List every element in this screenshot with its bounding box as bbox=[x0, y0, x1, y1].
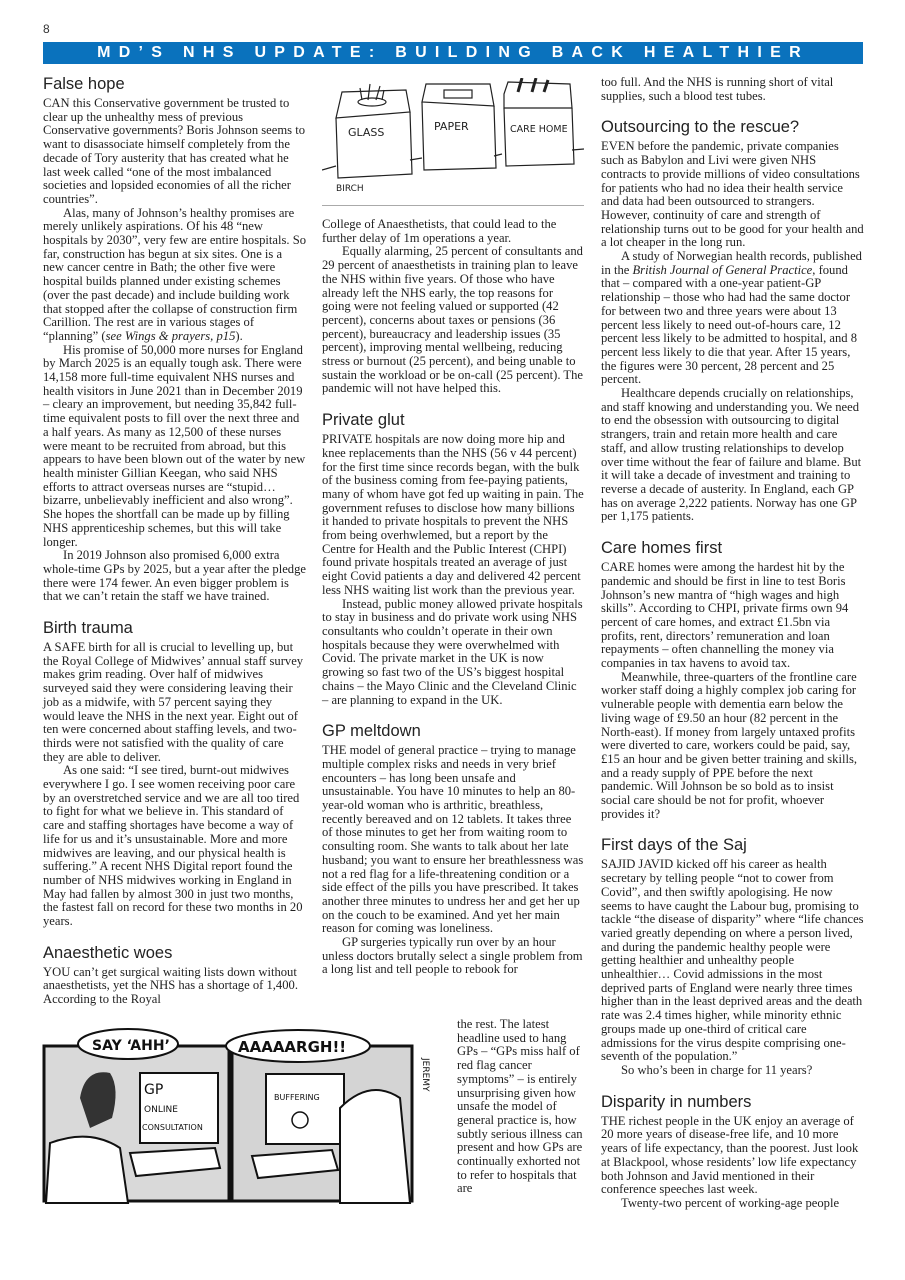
paragraph: Equally alarming, 25 percent of consulta… bbox=[322, 245, 584, 396]
column-middle: College of Anaesthetists, that could lea… bbox=[322, 218, 584, 977]
article-private-glut: Private glut PRIVATE hospitals are now d… bbox=[322, 410, 584, 707]
paragraph: Instead, public money allowed private ho… bbox=[322, 598, 584, 708]
screen-text-online: ONLINE bbox=[144, 1105, 178, 1115]
paragraph: CARE homes were among the hardest hit by… bbox=[601, 561, 864, 671]
article-false-hope: False hope CAN this Conservative governm… bbox=[43, 74, 306, 604]
paragraph: too full. And the NHS is running short o… bbox=[601, 76, 864, 103]
screen-text-consultation: CONSULTATION bbox=[142, 1123, 203, 1132]
paragraph: YOU can’t get surgical waiting lists dow… bbox=[43, 966, 306, 1007]
page-number: 8 bbox=[43, 22, 50, 36]
article-gp-meltdown: GP meltdown THE model of general practic… bbox=[322, 721, 584, 977]
column-middle-wrap: the rest. The latest headline used to ha… bbox=[457, 1018, 585, 1196]
article-heading: Private glut bbox=[322, 410, 584, 430]
bin-label-paper: PAPER bbox=[434, 120, 469, 133]
paragraph: Healthcare depends crucially on relation… bbox=[601, 387, 864, 524]
article-first-days: First days of the Saj SAJID JAVID kicked… bbox=[601, 835, 864, 1077]
article-care-homes: Care homes first CARE homes were among t… bbox=[601, 538, 864, 821]
paragraph: GP surgeries typically run over by an ho… bbox=[322, 936, 584, 977]
paragraph: So who’s been in charge for 11 years? bbox=[601, 1064, 864, 1078]
article-anaesthetic-woes-cont: College of Anaesthetists, that could lea… bbox=[322, 218, 584, 396]
bin-label-glass: GLASS bbox=[348, 126, 384, 139]
cartoonist-signature: BIRCH bbox=[336, 184, 364, 194]
article-anaesthetic-woes: Anaesthetic woes YOU can’t get surgical … bbox=[43, 943, 306, 1007]
screen-text-gp: GP bbox=[144, 1082, 163, 1098]
article-birth-trauma: Birth trauma A SAFE birth for all is cru… bbox=[43, 618, 306, 929]
article-heading: Birth trauma bbox=[43, 618, 306, 638]
paragraph: Meanwhile, three-quarters of the frontli… bbox=[601, 671, 864, 822]
speech-aaaaargh: AAAAARGH!! bbox=[238, 1038, 346, 1056]
column-left: False hope CAN this Conservative governm… bbox=[43, 74, 306, 1007]
article-disparity: Disparity in numbers THE richest people … bbox=[601, 1092, 864, 1211]
article-heading: Anaesthetic woes bbox=[43, 943, 306, 963]
screen-text-buffering: BUFFERING bbox=[274, 1093, 320, 1102]
article-heading: First days of the Saj bbox=[601, 835, 864, 855]
paragraph: EVEN before the pandemic, private compan… bbox=[601, 140, 864, 250]
paragraph: A study of Norwegian health records, pub… bbox=[601, 250, 864, 387]
paragraph: THE model of general practice – trying t… bbox=[322, 744, 584, 936]
gp-cartoon-strip: SAY ‘AHH’ AAAAARGH!! GP ONLINE CONSULTAT… bbox=[40, 1028, 445, 1208]
paragraph: College of Anaesthetists, that could lea… bbox=[322, 218, 584, 245]
paragraph: A SAFE birth for all is crucial to level… bbox=[43, 641, 306, 764]
article-heading: Outsourcing to the rescue? bbox=[601, 117, 864, 137]
paragraph: His promise of 50,000 more nurses for En… bbox=[43, 344, 306, 550]
article-heading: Disparity in numbers bbox=[601, 1092, 864, 1112]
paragraph: Twenty-two percent of working-age people bbox=[601, 1197, 864, 1211]
paragraph: As one said: “I see tired, burnt-out mid… bbox=[43, 764, 306, 928]
speech-say-ahh: SAY ‘AHH’ bbox=[92, 1038, 170, 1054]
paragraph: Alas, many of Johnson’s healthy promises… bbox=[43, 207, 306, 344]
paragraph: In 2019 Johnson also promised 6,000 extr… bbox=[43, 549, 306, 604]
article-heading: Care homes first bbox=[601, 538, 864, 558]
article-heading: GP meltdown bbox=[322, 721, 584, 741]
journal-title: British Journal of General Practice bbox=[632, 263, 812, 277]
strip-signature: JEREMY bbox=[420, 1057, 430, 1092]
article-heading: False hope bbox=[43, 74, 306, 94]
section-banner: MD’S NHS UPDATE: BUILDING BACK HEALTHIER bbox=[43, 42, 863, 64]
cross-reference: see Wings & prayers, p15 bbox=[106, 329, 236, 343]
divider-rule bbox=[322, 205, 584, 206]
bins-cartoon: GLASS PAPER CARE HOME BIRCH bbox=[322, 78, 584, 196]
paragraph: SAJID JAVID kicked off his career as hea… bbox=[601, 858, 864, 1064]
paragraph: CAN this Conservative government be trus… bbox=[43, 97, 306, 207]
bin-label-care-home: CARE HOME bbox=[510, 124, 568, 135]
column-right: too full. And the NHS is running short o… bbox=[601, 76, 864, 1211]
paragraph: THE richest people in the UK enjoy an av… bbox=[601, 1115, 864, 1197]
article-outsourcing: Outsourcing to the rescue? EVEN before t… bbox=[601, 117, 864, 524]
paragraph: the rest. The latest headline used to ha… bbox=[457, 1018, 585, 1196]
paragraph: PRIVATE hospitals are now doing more hip… bbox=[322, 433, 584, 597]
